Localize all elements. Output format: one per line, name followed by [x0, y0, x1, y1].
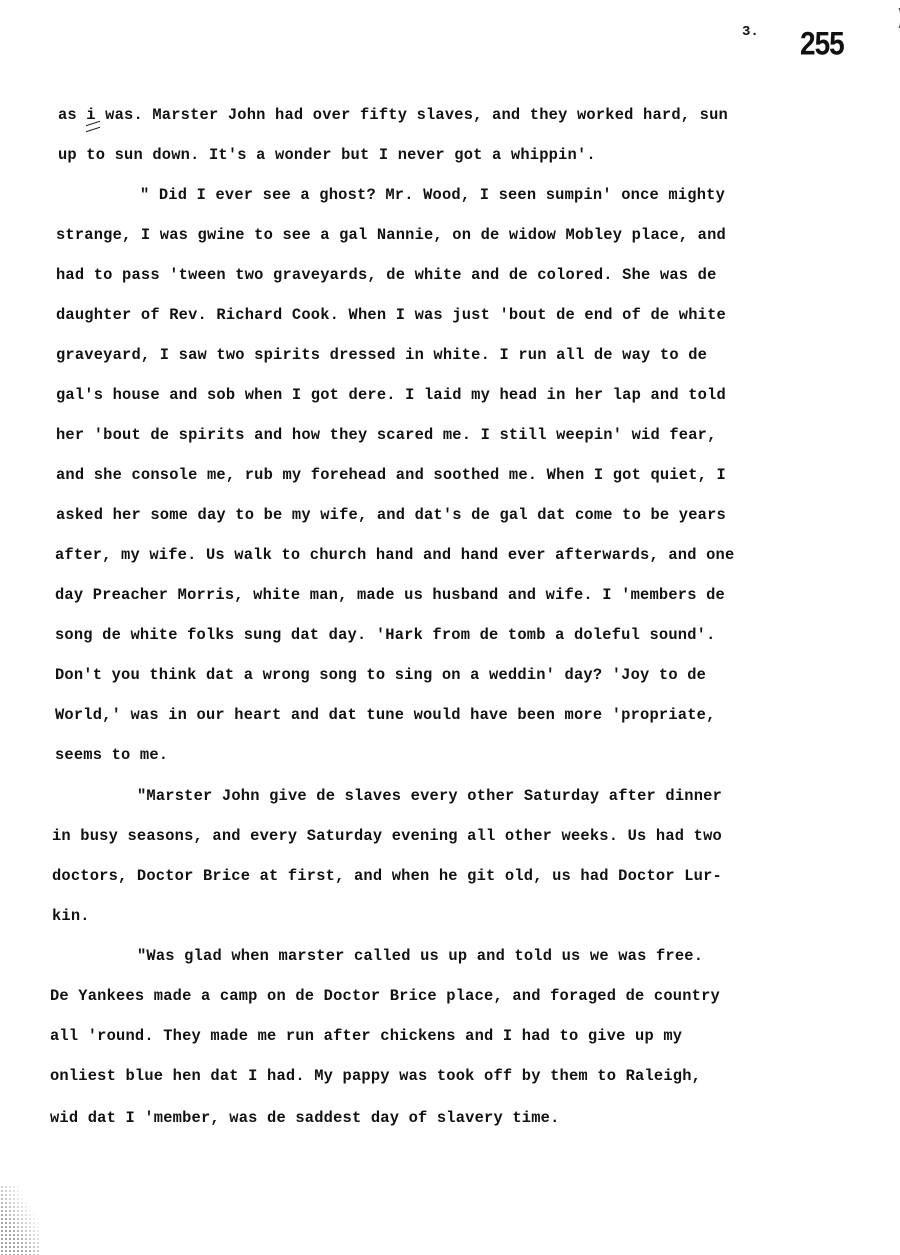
paragraph-start-line: "Was glad when marster called us up and … [137, 947, 703, 965]
text-line: gal's house and sob when I got dere. I l… [56, 386, 726, 404]
text-line: and she console me, rub my forehead and … [56, 466, 726, 484]
paragraph-start-line: "Marster John give de slaves every other… [137, 787, 722, 805]
text-line: song de white folks sung dat day. 'Hark … [55, 626, 716, 644]
paragraph-start-line: " Did I ever see a ghost? Mr. Wood, I se… [140, 186, 725, 204]
text-line: in busy seasons, and every Saturday even… [52, 827, 722, 845]
text-line: all 'round. They made me run after chick… [50, 1027, 682, 1045]
text-line: day Preacher Morris, white man, made us … [55, 586, 725, 604]
text-line: asked her some day to be my wife, and da… [56, 506, 726, 524]
text-line: as i was. Marster John had over fifty sl… [58, 106, 728, 124]
page-edge-mark [893, 8, 900, 28]
text-line: kin. [52, 907, 90, 925]
text-line: Don't you think dat a wrong song to sing… [55, 666, 706, 684]
text-line: World,' was in our heart and dat tune wo… [55, 706, 716, 724]
text-line: De Yankees made a camp on de Doctor Bric… [50, 987, 720, 1005]
scan-noise [0, 1185, 40, 1255]
typed-page-number: 3. [742, 24, 759, 40]
text-line: up to sun down. It's a wonder but I neve… [58, 146, 596, 164]
text-line: wid dat I 'member, was de saddest day of… [50, 1109, 560, 1127]
typewritten-page: 3. 255 as i was. Marster John had over f… [0, 0, 900, 1255]
text-line: daughter of Rev. Richard Cook. When I wa… [56, 306, 726, 324]
text-line: graveyard, I saw two spirits dressed in … [56, 346, 707, 364]
text-line: after, my wife. Us walk to church hand a… [55, 546, 734, 564]
stamped-page-number: 255 [800, 26, 844, 63]
text-line: seems to me. [55, 746, 168, 764]
text-line: had to pass 'tween two graveyards, de wh… [56, 266, 717, 284]
text-line: onliest blue hen dat I had. My pappy was… [50, 1067, 701, 1085]
text-line: doctors, Doctor Brice at first, and when… [52, 867, 722, 885]
text-line: strange, I was gwine to see a gal Nannie… [56, 226, 726, 244]
text-line: her 'bout de spirits and how they scared… [56, 426, 717, 444]
